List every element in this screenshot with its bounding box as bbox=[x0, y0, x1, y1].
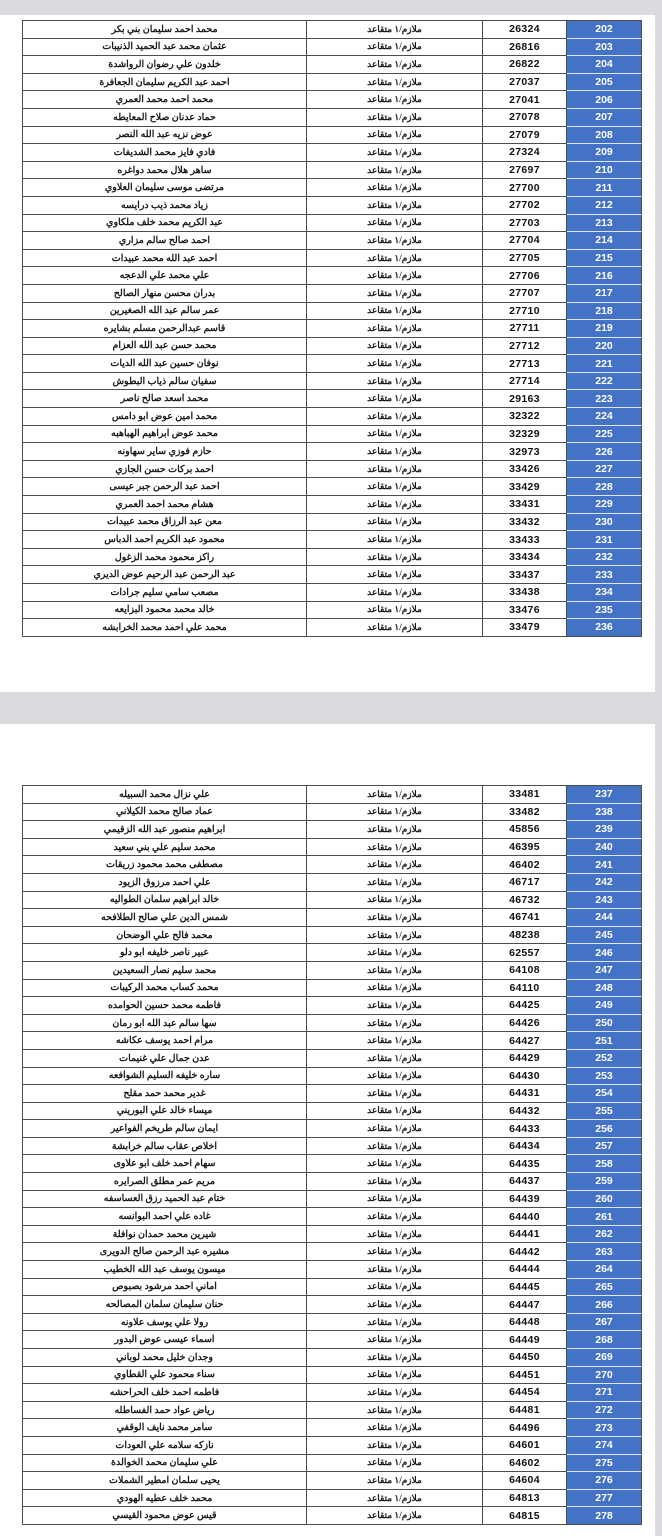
service-number-cell: 64108 bbox=[483, 962, 567, 980]
rank-cell: ملازم/١ متقاعد bbox=[307, 197, 483, 215]
table-row: اماني احمد مرشود بصبوصملازم/١ متقاعد6444… bbox=[23, 1279, 642, 1297]
service-number-cell: 64439 bbox=[483, 1191, 567, 1209]
rank-cell: ملازم/١ متقاعد bbox=[307, 804, 483, 822]
table-row: محمد احمد محمد العمريملازم/١ متقاعد27041… bbox=[23, 91, 642, 109]
table-row: مصعب سامي سليم جراداتملازم/١ متقاعد33438… bbox=[23, 584, 642, 602]
rank-cell: ملازم/١ متقاعد bbox=[307, 1243, 483, 1261]
officer-name-cell: محمد عوض ابراهيم الهباهبه bbox=[23, 426, 307, 444]
service-number-cell: 62557 bbox=[483, 944, 567, 962]
rank-cell: ملازم/١ متقاعد bbox=[307, 1455, 483, 1473]
table-row: رياض عواد حمد الفساطلهملازم/١ متقاعد6448… bbox=[23, 1402, 642, 1420]
officer-name-cell: عثمان محمد عبد الحميد الذنيبات bbox=[23, 39, 307, 57]
table-row: يحيى سلمان امطير الشملاتملازم/١ متقاعد64… bbox=[23, 1472, 642, 1490]
table-row: مرام احمد يوسف عكاشهملازم/١ متقاعد644272… bbox=[23, 1032, 642, 1050]
officer-name-cell: خلدون علي رضوان الرواشدة bbox=[23, 56, 307, 74]
sequence-index-cell: 202 bbox=[567, 21, 642, 39]
service-number-cell: 46717 bbox=[483, 874, 567, 892]
officer-name-cell: فادي فايز محمد الشديفات bbox=[23, 144, 307, 162]
sequence-index-cell: 264 bbox=[567, 1261, 642, 1279]
service-number-cell: 33434 bbox=[483, 549, 567, 567]
sequence-index-cell: 250 bbox=[567, 1015, 642, 1033]
rank-cell: ملازم/١ متقاعد bbox=[307, 127, 483, 145]
rank-cell: ملازم/١ متقاعد bbox=[307, 514, 483, 532]
sequence-index-cell: 214 bbox=[567, 232, 642, 250]
officer-name-cell: راكز محمود محمد الزغول bbox=[23, 549, 307, 567]
table-row: مرتضى موسى سليمان العلاويملازم/١ متقاعد2… bbox=[23, 179, 642, 197]
rank-cell: ملازم/١ متقاعد bbox=[307, 426, 483, 444]
rank-cell: ملازم/١ متقاعد bbox=[307, 1507, 483, 1525]
table-row: بدران محسن منهار الصالحملازم/١ متقاعد277… bbox=[23, 285, 642, 303]
officer-name-cell: رولا علي يوسف علاونه bbox=[23, 1314, 307, 1332]
rank-cell: ملازم/١ متقاعد bbox=[307, 373, 483, 391]
table-row: احمد عبد الكريم سليمان الجعافرةملازم/١ م… bbox=[23, 74, 642, 92]
rank-cell: ملازم/١ متقاعد bbox=[307, 892, 483, 910]
service-number-cell: 64433 bbox=[483, 1120, 567, 1138]
service-number-cell: 64440 bbox=[483, 1208, 567, 1226]
table-row: اسماء عيسى عوض البدورملازم/١ متقاعد64449… bbox=[23, 1331, 642, 1349]
table-row: راكز محمود محمد الزغولملازم/١ متقاعد3343… bbox=[23, 549, 642, 567]
service-number-cell: 27700 bbox=[483, 179, 567, 197]
officer-name-cell: بدران محسن منهار الصالح bbox=[23, 285, 307, 303]
officer-name-cell: ابراهيم منصور عبد الله الزقيمي bbox=[23, 821, 307, 839]
service-number-cell: 64445 bbox=[483, 1279, 567, 1297]
table-row: احمد عبد الرحمن جبر عيسىملازم/١ متقاعد33… bbox=[23, 478, 642, 496]
service-number-cell: 46395 bbox=[483, 839, 567, 857]
table-row: غدير محمد حمد مقلحملازم/١ متقاعد64431254 bbox=[23, 1085, 642, 1103]
rank-cell: ملازم/١ متقاعد bbox=[307, 56, 483, 74]
rank-cell: ملازم/١ متقاعد bbox=[307, 1314, 483, 1332]
rank-cell: ملازم/١ متقاعد bbox=[307, 303, 483, 321]
sequence-index-cell: 220 bbox=[567, 338, 642, 356]
rank-cell: ملازم/١ متقاعد bbox=[307, 1085, 483, 1103]
table-row: هشام محمد احمد العمريملازم/١ متقاعد33431… bbox=[23, 496, 642, 514]
service-number-cell: 27078 bbox=[483, 109, 567, 127]
officer-name-cell: عبير ناصر خليفه ابو دلو bbox=[23, 944, 307, 962]
service-number-cell: 27707 bbox=[483, 285, 567, 303]
sequence-index-cell: 259 bbox=[567, 1173, 642, 1191]
table-row: سناء محمود علي القطاويملازم/١ متقاعد6445… bbox=[23, 1367, 642, 1385]
rank-cell: ملازم/١ متقاعد bbox=[307, 962, 483, 980]
sequence-index-cell: 245 bbox=[567, 927, 642, 945]
officer-name-cell: محمد خلف عطيه الهودي bbox=[23, 1490, 307, 1508]
table-row: احمد بركات حسن الجازيملازم/١ متقاعد33426… bbox=[23, 461, 642, 479]
officer-name-cell: اسماء عيسى عوض البدور bbox=[23, 1331, 307, 1349]
table-row: رولا علي يوسف علاونهملازم/١ متقاعد644482… bbox=[23, 1314, 642, 1332]
officer-name-cell: عبد الكريم محمد خلف ملكاوي bbox=[23, 215, 307, 233]
rank-cell: ملازم/١ متقاعد bbox=[307, 856, 483, 874]
rank-cell: ملازم/١ متقاعد bbox=[307, 1296, 483, 1314]
document-page-1: محمد احمد سليمان بني بكرملازم/١ متقاعد26… bbox=[0, 15, 655, 692]
rank-cell: ملازم/١ متقاعد bbox=[307, 1279, 483, 1297]
sequence-index-cell: 257 bbox=[567, 1138, 642, 1156]
rank-cell: ملازم/١ متقاعد bbox=[307, 461, 483, 479]
service-number-cell: 48238 bbox=[483, 927, 567, 945]
rank-cell: ملازم/١ متقاعد bbox=[307, 179, 483, 197]
service-number-cell: 64447 bbox=[483, 1296, 567, 1314]
sequence-index-cell: 252 bbox=[567, 1050, 642, 1068]
rank-cell: ملازم/١ متقاعد bbox=[307, 1138, 483, 1156]
table-row: حازم فوزي ساير سهاونهملازم/١ متقاعد32973… bbox=[23, 443, 642, 461]
table-row: احمد صالح سالم مزاريملازم/١ متقاعد277042… bbox=[23, 232, 642, 250]
rank-cell: ملازم/١ متقاعد bbox=[307, 980, 483, 998]
service-number-cell: 27706 bbox=[483, 267, 567, 285]
sequence-index-cell: 205 bbox=[567, 74, 642, 92]
rank-cell: ملازم/١ متقاعد bbox=[307, 1419, 483, 1437]
rank-cell: ملازم/١ متقاعد bbox=[307, 944, 483, 962]
rank-cell: ملازم/١ متقاعد bbox=[307, 1015, 483, 1033]
officer-name-cell: ايمان سالم طريخم الفواعير bbox=[23, 1120, 307, 1138]
rank-cell: ملازم/١ متقاعد bbox=[307, 602, 483, 620]
officer-name-cell: محمد حسن عبد الله العزام bbox=[23, 338, 307, 356]
officer-name-cell: سناء محمود علي القطاوي bbox=[23, 1367, 307, 1385]
service-number-cell: 33482 bbox=[483, 804, 567, 822]
officer-name-cell: سهام احمد خلف ابو علاوى bbox=[23, 1155, 307, 1173]
rank-cell: ملازم/١ متقاعد bbox=[307, 549, 483, 567]
officer-name-cell: محمد اسعد صالح ناصر bbox=[23, 390, 307, 408]
rank-cell: ملازم/١ متقاعد bbox=[307, 1226, 483, 1244]
sequence-index-cell: 239 bbox=[567, 821, 642, 839]
table-row: شمس الدين علي صالح الطلافحهملازم/١ متقاع… bbox=[23, 909, 642, 927]
officer-name-cell: حازم فوزي ساير سهاونه bbox=[23, 443, 307, 461]
table-row: محمد سليم علي بني سعيدملازم/١ متقاعد4639… bbox=[23, 839, 642, 857]
officer-name-cell: مريم عمر مطلق الصرايره bbox=[23, 1173, 307, 1191]
table-row: فاطمه احمد خلف الحراحشهملازم/١ متقاعد644… bbox=[23, 1384, 642, 1402]
officer-name-cell: وجدان خليل محمد لوباني bbox=[23, 1349, 307, 1367]
sequence-index-cell: 225 bbox=[567, 426, 642, 444]
service-number-cell: 64426 bbox=[483, 1015, 567, 1033]
table-row: عبد الرحمن عبد الرحيم عوض الديريملازم/١ … bbox=[23, 566, 642, 584]
service-number-cell: 26816 bbox=[483, 39, 567, 57]
service-number-cell: 64437 bbox=[483, 1173, 567, 1191]
service-number-cell: 33479 bbox=[483, 619, 567, 637]
service-number-cell: 26324 bbox=[483, 21, 567, 39]
service-number-cell: 64434 bbox=[483, 1138, 567, 1156]
service-number-cell: 64430 bbox=[483, 1068, 567, 1086]
table-row: محمد كساب محمد الركيباتملازم/١ متقاعد641… bbox=[23, 980, 642, 998]
rank-cell: ملازم/١ متقاعد bbox=[307, 162, 483, 180]
sequence-index-cell: 254 bbox=[567, 1085, 642, 1103]
sequence-index-cell: 278 bbox=[567, 1507, 642, 1525]
sequence-index-cell: 271 bbox=[567, 1384, 642, 1402]
rank-cell: ملازم/١ متقاعد bbox=[307, 1068, 483, 1086]
sequence-index-cell: 217 bbox=[567, 285, 642, 303]
sequence-index-cell: 213 bbox=[567, 215, 642, 233]
table-row: محمد حسن عبد الله العزامملازم/١ متقاعد27… bbox=[23, 338, 642, 356]
table-row: احمد عبد الله محمد عبيداتملازم/١ متقاعد2… bbox=[23, 250, 642, 268]
rank-cell: ملازم/١ متقاعد bbox=[307, 786, 483, 804]
sequence-index-cell: 206 bbox=[567, 91, 642, 109]
service-number-cell: 64444 bbox=[483, 1261, 567, 1279]
table-row: علي محمد علي الدعجهملازم/١ متقاعد2770621… bbox=[23, 267, 642, 285]
service-number-cell: 27712 bbox=[483, 338, 567, 356]
service-number-cell: 64601 bbox=[483, 1437, 567, 1455]
sequence-index-cell: 273 bbox=[567, 1419, 642, 1437]
table-row: نازكه سلامه علي العوداتملازم/١ متقاعد646… bbox=[23, 1437, 642, 1455]
officer-name-cell: غدير محمد حمد مقلح bbox=[23, 1085, 307, 1103]
sequence-index-cell: 262 bbox=[567, 1226, 642, 1244]
service-number-cell: 33476 bbox=[483, 602, 567, 620]
table-row: ساهر هلال محمد دواغرهملازم/١ متقاعد27697… bbox=[23, 162, 642, 180]
sequence-index-cell: 251 bbox=[567, 1032, 642, 1050]
sequence-index-cell: 203 bbox=[567, 39, 642, 57]
rank-cell: ملازم/١ متقاعد bbox=[307, 1155, 483, 1173]
officer-name-cell: احمد صالح سالم مزاري bbox=[23, 232, 307, 250]
rank-cell: ملازم/١ متقاعد bbox=[307, 874, 483, 892]
service-number-cell: 27324 bbox=[483, 144, 567, 162]
service-number-cell: 46402 bbox=[483, 856, 567, 874]
service-number-cell: 27714 bbox=[483, 373, 567, 391]
rank-cell: ملازم/١ متقاعد bbox=[307, 1103, 483, 1121]
service-number-cell: 27041 bbox=[483, 91, 567, 109]
service-number-cell: 64110 bbox=[483, 980, 567, 998]
table-row: ساره خليفه السليم الشوافعهملازم/١ متقاعد… bbox=[23, 1068, 642, 1086]
service-number-cell: 32322 bbox=[483, 408, 567, 426]
sequence-index-cell: 240 bbox=[567, 839, 642, 857]
rank-cell: ملازم/١ متقاعد bbox=[307, 267, 483, 285]
sequence-index-cell: 268 bbox=[567, 1331, 642, 1349]
officer-name-cell: محمد فالح علي الوضحان bbox=[23, 927, 307, 945]
service-number-cell: 27713 bbox=[483, 355, 567, 373]
officer-name-cell: نوفان حسين عبد الله الديات bbox=[23, 355, 307, 373]
officer-name-cell: زياد محمد ذيب درايسه bbox=[23, 197, 307, 215]
officer-name-cell: ساره خليفه السليم الشوافعه bbox=[23, 1068, 307, 1086]
service-number-cell: 45856 bbox=[483, 821, 567, 839]
service-number-cell: 33431 bbox=[483, 496, 567, 514]
sequence-index-cell: 243 bbox=[567, 892, 642, 910]
service-number-cell: 64481 bbox=[483, 1402, 567, 1420]
service-number-cell: 32329 bbox=[483, 426, 567, 444]
sequence-index-cell: 227 bbox=[567, 461, 642, 479]
service-number-cell: 26822 bbox=[483, 56, 567, 74]
sequence-index-cell: 216 bbox=[567, 267, 642, 285]
table-row: فادي فايز محمد الشديفاتملازم/١ متقاعد273… bbox=[23, 144, 642, 162]
sequence-index-cell: 253 bbox=[567, 1068, 642, 1086]
officer-name-cell: حماد عدنان صلاح المعايطه bbox=[23, 109, 307, 127]
sequence-index-cell: 212 bbox=[567, 197, 642, 215]
rank-cell: ملازم/١ متقاعد bbox=[307, 144, 483, 162]
sequence-index-cell: 238 bbox=[567, 804, 642, 822]
officer-name-cell: قيس عوض محمود القيسي bbox=[23, 1507, 307, 1525]
rank-cell: ملازم/١ متقاعد bbox=[307, 1120, 483, 1138]
sequence-index-cell: 247 bbox=[567, 962, 642, 980]
table-row: حنان سليمان سلمان المصالحهملازم/١ متقاعد… bbox=[23, 1296, 642, 1314]
rank-cell: ملازم/١ متقاعد bbox=[307, 1437, 483, 1455]
retired-officers-table-2: علي نزال محمد السبيلهملازم/١ متقاعد33481… bbox=[22, 785, 642, 1525]
officer-name-cell: علي محمد علي الدعجه bbox=[23, 267, 307, 285]
document-page-2: علي نزال محمد السبيلهملازم/١ متقاعد33481… bbox=[0, 724, 655, 1536]
service-number-cell: 64450 bbox=[483, 1349, 567, 1367]
officer-name-cell: محمد سليم نصار السعيدين bbox=[23, 962, 307, 980]
sequence-index-cell: 269 bbox=[567, 1349, 642, 1367]
rank-cell: ملازم/١ متقاعد bbox=[307, 215, 483, 233]
table-row: محمد امين عوض ابو دامسملازم/١ متقاعد3232… bbox=[23, 408, 642, 426]
rank-cell: ملازم/١ متقاعد bbox=[307, 496, 483, 514]
sequence-index-cell: 248 bbox=[567, 980, 642, 998]
officer-name-cell: سفيان سالم ذياب البطوش bbox=[23, 373, 307, 391]
officer-name-cell: محمد سليم علي بني سعيد bbox=[23, 839, 307, 857]
table-row: مشيره عبد الرحمن صالح الدويرىملازم/١ متق… bbox=[23, 1243, 642, 1261]
sequence-index-cell: 218 bbox=[567, 303, 642, 321]
sequence-index-cell: 255 bbox=[567, 1103, 642, 1121]
table-row: عمر سالم عبد الله الصغيرينملازم/١ متقاعد… bbox=[23, 303, 642, 321]
rank-cell: ملازم/١ متقاعد bbox=[307, 285, 483, 303]
service-number-cell: 64427 bbox=[483, 1032, 567, 1050]
rank-cell: ملازم/١ متقاعد bbox=[307, 390, 483, 408]
service-number-cell: 33481 bbox=[483, 786, 567, 804]
rank-cell: ملازم/١ متقاعد bbox=[307, 74, 483, 92]
officer-name-cell: ميسون يوسف عبد الله الخطيب bbox=[23, 1261, 307, 1279]
officer-name-cell: فاطمه احمد خلف الحراحشه bbox=[23, 1384, 307, 1402]
sequence-index-cell: 267 bbox=[567, 1314, 642, 1332]
service-number-cell: 64441 bbox=[483, 1226, 567, 1244]
service-number-cell: 33432 bbox=[483, 514, 567, 532]
officer-name-cell: شمس الدين علي صالح الطلافحه bbox=[23, 909, 307, 927]
sequence-index-cell: 235 bbox=[567, 602, 642, 620]
service-number-cell: 27037 bbox=[483, 74, 567, 92]
sequence-index-cell: 222 bbox=[567, 373, 642, 391]
table-row: عبير ناصر خليفه ابو دلوملازم/١ متقاعد625… bbox=[23, 944, 642, 962]
rank-cell: ملازم/١ متقاعد bbox=[307, 338, 483, 356]
table-row: مريم عمر مطلق الصرايرهملازم/١ متقاعد6443… bbox=[23, 1173, 642, 1191]
officer-name-cell: محمد احمد محمد العمري bbox=[23, 91, 307, 109]
table-row: محمد علي احمد محمد الخرابشهملازم/١ متقاع… bbox=[23, 619, 642, 637]
sequence-index-cell: 275 bbox=[567, 1455, 642, 1473]
officer-name-cell: احمد عبد الرحمن جبر عيسى bbox=[23, 478, 307, 496]
officer-name-cell: خالد محمد محمود البزايعه bbox=[23, 602, 307, 620]
officer-name-cell: احمد عبد الكريم سليمان الجعافرة bbox=[23, 74, 307, 92]
rank-cell: ملازم/١ متقاعد bbox=[307, 1208, 483, 1226]
service-number-cell: 46741 bbox=[483, 909, 567, 927]
officer-name-cell: مصطفى محمد محمود زريقات bbox=[23, 856, 307, 874]
officer-name-cell: علي احمد مرزوق الزيود bbox=[23, 874, 307, 892]
officer-name-cell: ميساء خالد علي البوريني bbox=[23, 1103, 307, 1121]
service-number-cell: 64442 bbox=[483, 1243, 567, 1261]
service-number-cell: 33438 bbox=[483, 584, 567, 602]
service-number-cell: 64602 bbox=[483, 1455, 567, 1473]
service-number-cell: 33426 bbox=[483, 461, 567, 479]
table-row: خلدون علي رضوان الرواشدةملازم/١ متقاعد26… bbox=[23, 56, 642, 74]
table-row: نوفان حسين عبد الله الدياتملازم/١ متقاعد… bbox=[23, 355, 642, 373]
table-row: علي نزال محمد السبيلهملازم/١ متقاعد33481… bbox=[23, 786, 642, 804]
officer-name-cell: ختام عبد الحميد رزق العساسفه bbox=[23, 1191, 307, 1209]
service-number-cell: 29163 bbox=[483, 390, 567, 408]
rank-cell: ملازم/١ متقاعد bbox=[307, 1050, 483, 1068]
table-row: محمد سليم نصار السعيدينملازم/١ متقاعد641… bbox=[23, 962, 642, 980]
rank-cell: ملازم/١ متقاعد bbox=[307, 250, 483, 268]
table-row: فاطمه محمد حسين الحوامدهملازم/١ متقاعد64… bbox=[23, 997, 642, 1015]
table-row: محمد فالح علي الوضحانملازم/١ متقاعد48238… bbox=[23, 927, 642, 945]
officer-name-cell: فاطمه محمد حسين الحوامده bbox=[23, 997, 307, 1015]
rank-cell: ملازم/١ متقاعد bbox=[307, 232, 483, 250]
table-row: غاده علي احمد البوانسهملازم/١ متقاعد6444… bbox=[23, 1208, 642, 1226]
sequence-index-cell: 234 bbox=[567, 584, 642, 602]
table-row: حماد عدنان صلاح المعايطهملازم/١ متقاعد27… bbox=[23, 109, 642, 127]
sequence-index-cell: 272 bbox=[567, 1402, 642, 1420]
sequence-index-cell: 276 bbox=[567, 1472, 642, 1490]
table-row: ميساء خالد علي البورينيملازم/١ متقاعد644… bbox=[23, 1103, 642, 1121]
sequence-index-cell: 236 bbox=[567, 619, 642, 637]
service-number-cell: 64496 bbox=[483, 1419, 567, 1437]
rank-cell: ملازم/١ متقاعد bbox=[307, 1472, 483, 1490]
rank-cell: ملازم/١ متقاعد bbox=[307, 839, 483, 857]
officer-name-cell: مصعب سامي سليم جرادات bbox=[23, 584, 307, 602]
officer-name-cell: شيرين محمد حمدان نوافلة bbox=[23, 1226, 307, 1244]
officer-name-cell: معن عبد الرزاق محمد عبيدات bbox=[23, 514, 307, 532]
table-row: ختام عبد الحميد رزق العساسفهملازم/١ متقا… bbox=[23, 1191, 642, 1209]
service-number-cell: 27704 bbox=[483, 232, 567, 250]
rank-cell: ملازم/١ متقاعد bbox=[307, 584, 483, 602]
table-row: سفيان سالم ذياب البطوشملازم/١ متقاعد2771… bbox=[23, 373, 642, 391]
retired-officers-table-1: محمد احمد سليمان بني بكرملازم/١ متقاعد26… bbox=[22, 20, 642, 637]
table-row: سهام احمد خلف ابو علاوىملازم/١ متقاعد644… bbox=[23, 1155, 642, 1173]
sequence-index-cell: 210 bbox=[567, 162, 642, 180]
sequence-index-cell: 223 bbox=[567, 390, 642, 408]
service-number-cell: 33437 bbox=[483, 566, 567, 584]
table-row: محمد احمد سليمان بني بكرملازم/١ متقاعد26… bbox=[23, 21, 642, 39]
rank-cell: ملازم/١ متقاعد bbox=[307, 21, 483, 39]
officer-name-cell: غاده علي احمد البوانسه bbox=[23, 1208, 307, 1226]
officer-name-cell: علي نزال محمد السبيله bbox=[23, 786, 307, 804]
rank-cell: ملازم/١ متقاعد bbox=[307, 1402, 483, 1420]
table-row: محمود عبد الكريم احمد الدباسملازم/١ متقا… bbox=[23, 531, 642, 549]
officer-name-cell: عماد صالح محمد الكيلاني bbox=[23, 804, 307, 822]
service-number-cell: 64604 bbox=[483, 1472, 567, 1490]
rank-cell: ملازم/١ متقاعد bbox=[307, 997, 483, 1015]
table-row: علي احمد مرزوق الزيودملازم/١ متقاعد46717… bbox=[23, 874, 642, 892]
service-number-cell: 33429 bbox=[483, 478, 567, 496]
rank-cell: ملازم/١ متقاعد bbox=[307, 478, 483, 496]
officer-name-cell: سها سالم عبد الله ابو رمان bbox=[23, 1015, 307, 1033]
officer-name-cell: نازكه سلامه علي العودات bbox=[23, 1437, 307, 1455]
service-number-cell: 27703 bbox=[483, 215, 567, 233]
officer-name-cell: مرام احمد يوسف عكاشه bbox=[23, 1032, 307, 1050]
sequence-index-cell: 209 bbox=[567, 144, 642, 162]
officer-name-cell: علي سليمان محمد الخوالدة bbox=[23, 1455, 307, 1473]
rank-cell: ملازم/١ متقاعد bbox=[307, 1349, 483, 1367]
rank-cell: ملازم/١ متقاعد bbox=[307, 1032, 483, 1050]
sequence-index-cell: 263 bbox=[567, 1243, 642, 1261]
sequence-index-cell: 219 bbox=[567, 320, 642, 338]
sequence-index-cell: 277 bbox=[567, 1490, 642, 1508]
service-number-cell: 64451 bbox=[483, 1367, 567, 1385]
service-number-cell: 27711 bbox=[483, 320, 567, 338]
service-number-cell: 64449 bbox=[483, 1331, 567, 1349]
officer-name-cell: مشيره عبد الرحمن صالح الدويرى bbox=[23, 1243, 307, 1261]
rank-cell: ملازم/١ متقاعد bbox=[307, 619, 483, 637]
officer-name-cell: اخلاص عقاب سالم خرابشة bbox=[23, 1138, 307, 1156]
officer-name-cell: محمد علي احمد محمد الخرابشه bbox=[23, 619, 307, 637]
table-row: محمد اسعد صالح ناصرملازم/١ متقاعد2916322… bbox=[23, 390, 642, 408]
officer-name-cell: رياض عواد حمد الفساطله bbox=[23, 1402, 307, 1420]
table-row: قيس عوض محمود القيسيملازم/١ متقاعد648152… bbox=[23, 1507, 642, 1525]
sequence-index-cell: 244 bbox=[567, 909, 642, 927]
service-number-cell: 64429 bbox=[483, 1050, 567, 1068]
service-number-cell: 64815 bbox=[483, 1507, 567, 1525]
officer-name-cell: محمود عبد الكريم احمد الدباس bbox=[23, 531, 307, 549]
table-row: خالد محمد محمود البزايعهملازم/١ متقاعد33… bbox=[23, 602, 642, 620]
rank-cell: ملازم/١ متقاعد bbox=[307, 1384, 483, 1402]
sequence-index-cell: 237 bbox=[567, 786, 642, 804]
table-row: وجدان خليل محمد لوبانيملازم/١ متقاعد6445… bbox=[23, 1349, 642, 1367]
sequence-index-cell: 249 bbox=[567, 997, 642, 1015]
service-number-cell: 64454 bbox=[483, 1384, 567, 1402]
officer-name-cell: عوض نزيه عبد الله النصر bbox=[23, 127, 307, 145]
table-row: اخلاص عقاب سالم خرابشةملازم/١ متقاعد6443… bbox=[23, 1138, 642, 1156]
document-viewer: { "viewer": { "background_color": "#d9db… bbox=[0, 0, 662, 1536]
officer-name-cell: احمد بركات حسن الجازي bbox=[23, 461, 307, 479]
sequence-index-cell: 221 bbox=[567, 355, 642, 373]
service-number-cell: 64813 bbox=[483, 1490, 567, 1508]
